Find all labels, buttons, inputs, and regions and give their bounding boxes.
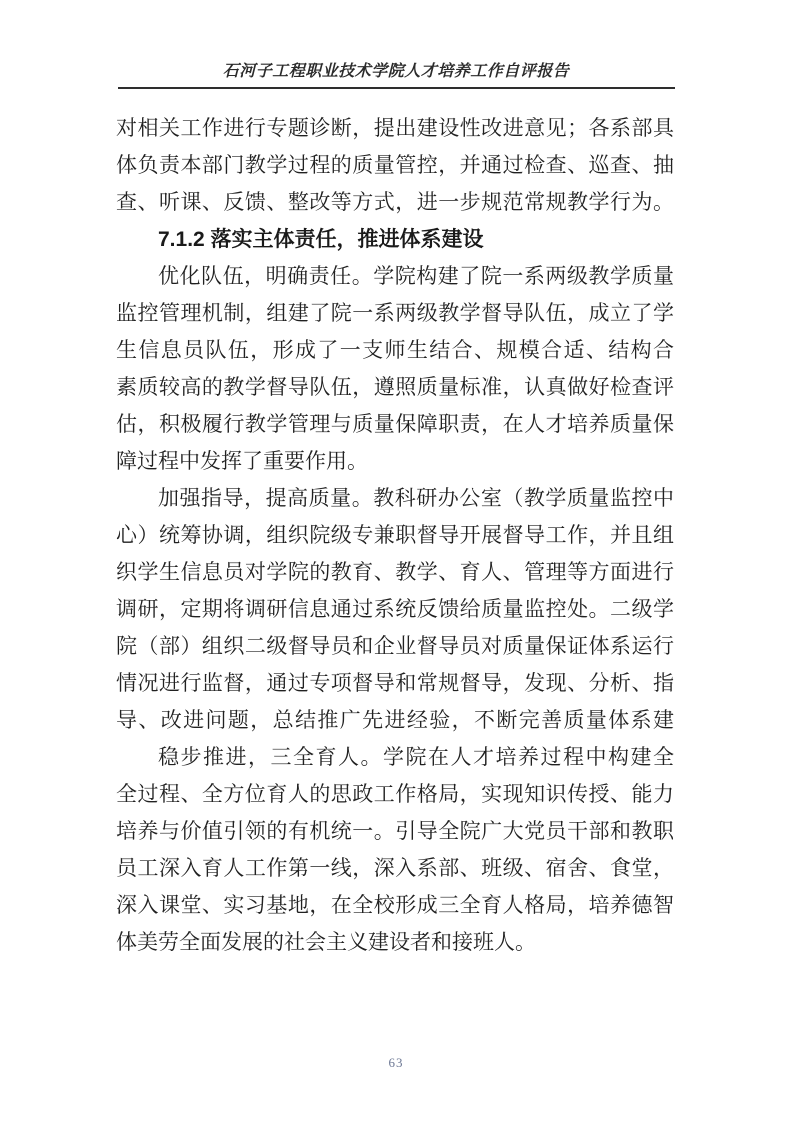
document-page: 石河子工程职业技术学院人才培养工作自评报告 对相关工作进行专题诊断，提出建设性改… [0, 0, 792, 1122]
section-heading: 7.1.2 落实主体责任，推进体系建设 [116, 221, 674, 258]
paragraph: 稳步推进，三全育人。学院在人才培养过程中构建全员、全过程、全方位育人的思政工作格… [116, 739, 674, 961]
text-line: 织学生信息员对学院的教育、教学、育人、管理等方面进行 [116, 554, 674, 591]
text-line: 加强指导，提高质量。教科研办公室（教学质量监控中 [116, 480, 674, 517]
text-line: 深入课堂、实习基地，在全校形成三全育人格局，培养德智 [116, 887, 674, 924]
paragraph: 加强指导，提高质量。教科研办公室（教学质量监控中心）统筹协调，组织院级专兼职督导… [116, 480, 674, 739]
page-footer: 63 [0, 1054, 792, 1072]
header-title: 石河子工程职业技术学院人才培养工作自评报告 [0, 58, 792, 81]
text-line: 体负责本部门教学过程的质量管控，并通过检查、巡查、抽 [116, 147, 674, 184]
text-line: 估，积极履行教学管理与质量保障职责，在人才培养质量保 [116, 406, 674, 443]
text-line: 对相关工作进行专题诊断，提出建设性改进意见；各系部具 [116, 110, 674, 147]
text-line: 心）统筹协调，组织院级专兼职督导开展督导工作，并且组 [116, 517, 674, 554]
text-line: 培养与价值引领的有机统一。引导全院广大党员干部和教职 [116, 813, 674, 850]
text-line: 稳步推进，三全育人。学院在人才培养过程中构建全员、 [116, 739, 674, 776]
text-line: 导、改进问题，总结推广先进经验，不断完善质量体系建设。 [116, 702, 674, 739]
text-line: 障过程中发挥了重要作用。 [116, 443, 674, 480]
text-line: 素质较高的教学督导队伍，遵照质量标准，认真做好检查评 [116, 369, 674, 406]
text-line: 全过程、全方位育人的思政工作格局，实现知识传授、能力 [116, 776, 674, 813]
page-number: 63 [389, 1055, 404, 1070]
document-body: 对相关工作进行专题诊断，提出建设性改进意见；各系部具体负责本部门教学过程的质量管… [116, 110, 674, 961]
text-line: 体美劳全面发展的社会主义建设者和接班人。 [116, 924, 674, 961]
text-line: 查、听课、反馈、整改等方式，进一步规范常规教学行为。 [116, 184, 674, 221]
text-line: 生信息员队伍，形成了一支师生结合、规模合适、结构合理、 [116, 332, 674, 369]
paragraph: 优化队伍，明确责任。学院构建了院一系两级教学质量监控管理机制，组建了院一系两级教… [116, 258, 674, 480]
text-line: 员工深入育人工作第一线，深入系部、班级、宿舍、食堂， [116, 850, 674, 887]
text-line: 院（部）组织二级督导员和企业督导员对质量保证体系运行 [116, 628, 674, 665]
text-line: 优化队伍，明确责任。学院构建了院一系两级教学质量 [116, 258, 674, 295]
header-rule [118, 87, 675, 89]
text-line: 监控管理机制，组建了院一系两级教学督导队伍，成立了学 [116, 295, 674, 332]
text-line: 调研，定期将调研信息通过系统反馈给质量监控处。二级学 [116, 591, 674, 628]
paragraph: 对相关工作进行专题诊断，提出建设性改进意见；各系部具体负责本部门教学过程的质量管… [116, 110, 674, 221]
text-line: 情况进行监督，通过专项督导和常规督导，发现、分析、指 [116, 665, 674, 702]
